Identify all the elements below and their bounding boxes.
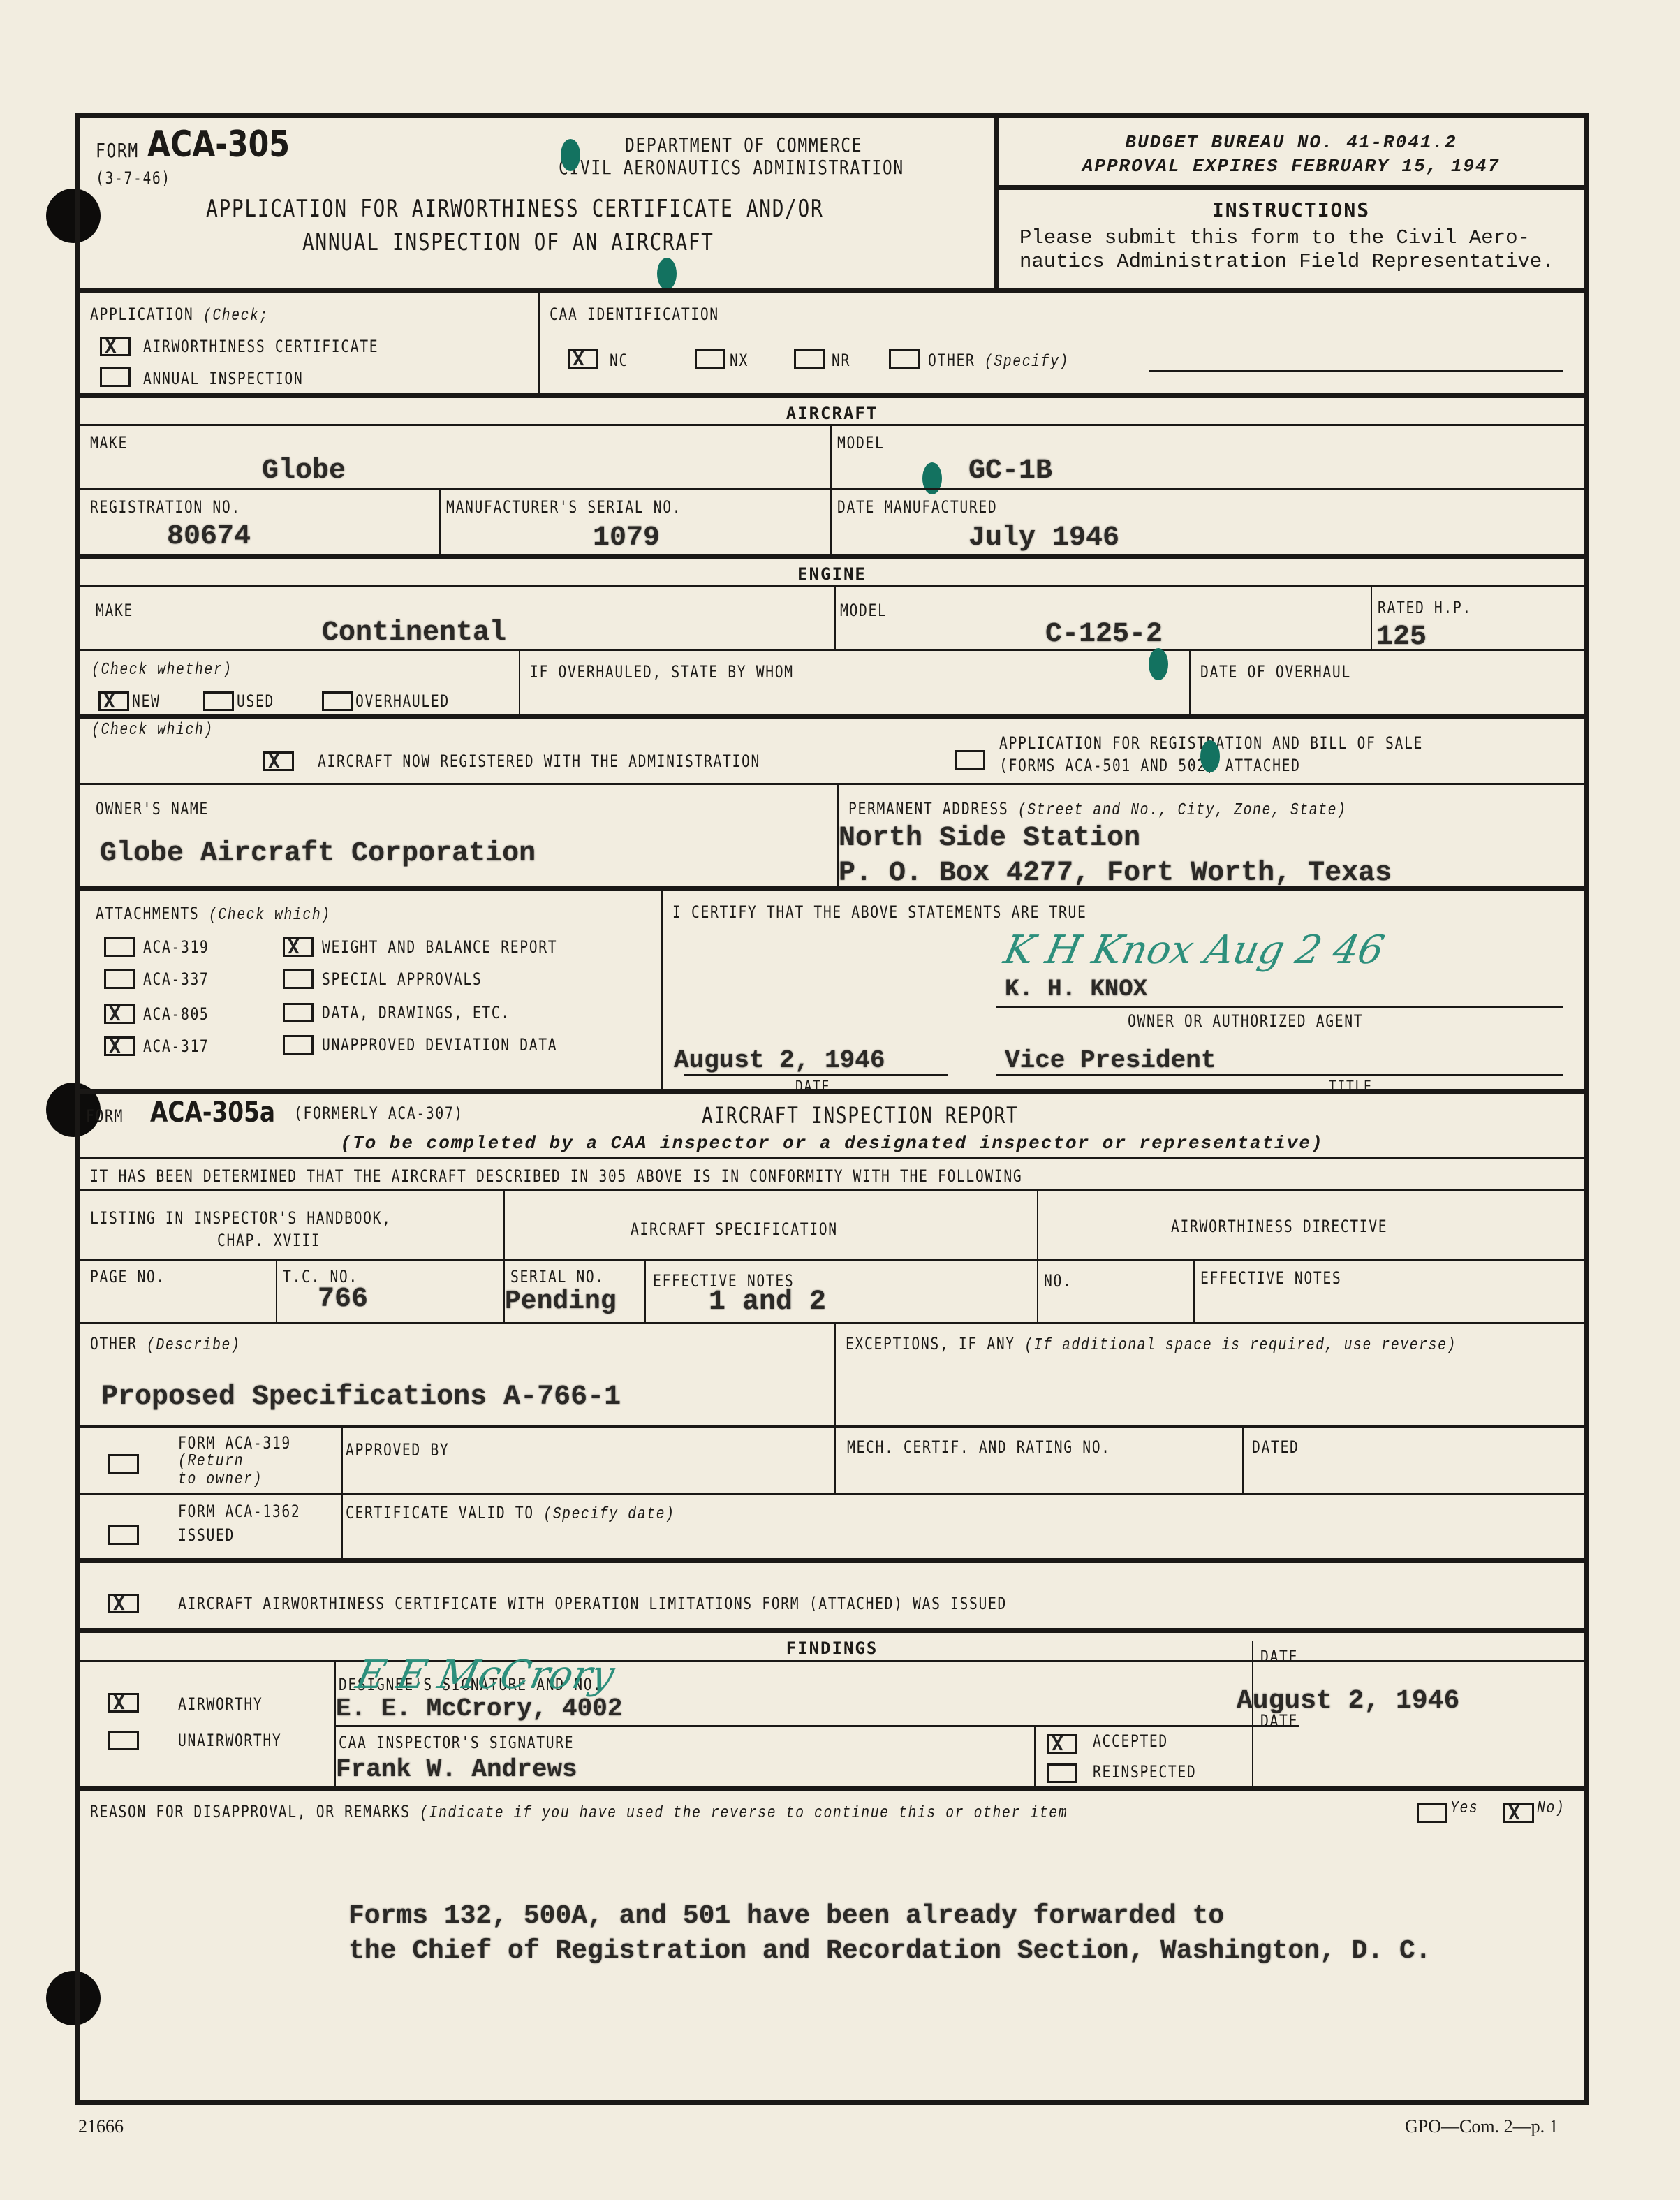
certify-statement: I CERTIFY THAT THE ABOVE STATEMENTS ARE …: [672, 902, 1086, 922]
form-1362-label: FORM ACA-1362: [178, 1502, 300, 1521]
form-prefix: FORM: [96, 139, 139, 162]
engine-make-cell: MAKE Continental: [80, 587, 834, 649]
conformity-statement: IT HAS BEEN DETERMINED THAT THE AIRCRAFT…: [90, 1166, 1022, 1186]
inspector-label: CAA INSPECTOR'S SIGNATURE: [339, 1733, 574, 1752]
inspection-formerly: (FORMERLY ACA-307): [294, 1103, 464, 1123]
agent-signature-line: [996, 1006, 1563, 1008]
owner-name-label: OWNER'S NAME: [96, 799, 209, 819]
registration-cell: REGISTRATION NO. 80674: [80, 490, 439, 554]
aca-319-label: ACA-319: [143, 937, 209, 957]
form-title-line-2: ANNUAL INSPECTION OF AN AIRCRAFT: [302, 228, 714, 256]
aca-319-checkbox[interactable]: [104, 937, 135, 957]
aca-337-checkbox[interactable]: [104, 969, 135, 989]
ink-dot: [1200, 740, 1220, 772]
dated-label: DATED: [1252, 1437, 1299, 1457]
data-drawings-checkbox[interactable]: [283, 1003, 314, 1022]
application-label: APPLICATION (Check;: [90, 305, 269, 325]
agent-name: K. H. KNOX: [1005, 976, 1147, 1003]
engine-used-label: USED: [237, 691, 274, 711]
remarks-label: REASON FOR DISAPPROVAL, OR REMARKS (Indi…: [90, 1802, 1068, 1823]
tc-no-value: 766: [318, 1284, 368, 1315]
form-number: ACA-305: [147, 124, 290, 166]
form-319-hint: (Return to owner): [178, 1453, 264, 1489]
engine-condition-cell: (Check whether) NEW USED OVERHAULED: [80, 651, 519, 714]
spec-serial-cell: SERIAL NO. Pending: [503, 1261, 644, 1322]
remarks-line-2: the Chief of Registration and Recordatio…: [348, 1936, 1431, 1966]
engine-overhauled-checkbox[interactable]: [322, 691, 353, 711]
overhauled-by-label: IF OVERHAULED, STATE BY WHOM: [530, 662, 794, 682]
form-1362-issued-label: ISSUED: [178, 1525, 235, 1545]
designee-signature: E E McCrory: [352, 1652, 619, 1698]
serial-cell: MANUFACTURER'S SERIAL NO. 1079: [439, 490, 830, 554]
certification-title: Vice President: [1005, 1046, 1216, 1075]
spec-label: AIRCRAFT SPECIFICATION: [631, 1219, 838, 1239]
other-label: OTHER (Describe): [90, 1334, 240, 1355]
special-approvals-label: SPECIAL APPROVALS: [322, 969, 482, 989]
aca-317-checkbox[interactable]: [104, 1036, 135, 1056]
engine-condition-hint: (Check whether): [91, 661, 233, 680]
reinspected-checkbox[interactable]: [1047, 1763, 1077, 1783]
engine-model-label: MODEL: [840, 601, 887, 620]
engine-hp-cell: RATED H.P. 125: [1371, 587, 1584, 649]
remarks-no-label: No): [1537, 1799, 1565, 1818]
accepted-label: ACCEPTED: [1093, 1731, 1168, 1751]
aircraft-registration-row: REGISTRATION NO. 80674 MANUFACTURER'S SE…: [80, 488, 1584, 554]
unapproved-deviation-label: UNAPPROVED DEVIATION DATA: [322, 1035, 557, 1055]
page-no-label: PAGE NO.: [90, 1267, 165, 1286]
aircraft-title-row: AIRCRAFT: [80, 393, 1584, 424]
spec-notes-cell: EFFECTIVE NOTES 1 and 2: [644, 1261, 1037, 1322]
approval-expires-line: APPROVAL EXPIRES FEBRUARY 15, 1947: [999, 156, 1584, 177]
overhauled-by-cell[interactable]: IF OVERHAULED, STATE BY WHOM: [519, 651, 1189, 714]
aca-805-label: ACA-805: [143, 1004, 209, 1024]
inspection-title: AIRCRAFT INSPECTION REPORT: [702, 1102, 1018, 1129]
aircraft-make-row: MAKE Globe MODEL GC-1B: [80, 424, 1584, 488]
spec-values-row: PAGE NO. T.C. NO. 766 SERIAL NO. Pending…: [80, 1259, 1584, 1322]
operation-limits-row: AIRCRAFT AIRWORTHINESS CERTIFICATE WITH …: [80, 1558, 1584, 1628]
unairworthy-label: UNAIRWORTHY: [178, 1731, 281, 1750]
acceptance-cell: ACCEPTED REINSPECTED: [1034, 1727, 1366, 1786]
registration-application-checkbox[interactable]: [955, 750, 985, 770]
date-manufactured-label: DATE MANUFACTURED: [837, 497, 997, 517]
form-1362-checkbox[interactable]: [108, 1525, 139, 1545]
findings-signatures-cell: DESIGNEE'S SIGNATURE AND NO. E E McCrory…: [334, 1662, 1584, 1786]
inspection-subtitle: (To be completed by a CAA inspector or a…: [80, 1133, 1584, 1154]
owner-address-cell: PERMANENT ADDRESS (Street and No., City,…: [837, 785, 1584, 886]
ad-no-cell[interactable]: NO.: [1037, 1261, 1193, 1322]
owner-signature: K H Knox Aug 2 46: [1000, 927, 1388, 973]
accepted-checkbox[interactable]: [1047, 1734, 1077, 1754]
aircraft-make-value: Globe: [262, 455, 346, 487]
registration-label: REGISTRATION NO.: [90, 497, 241, 517]
approved-row: FORM ACA-319 (Return to owner) APPROVED …: [80, 1425, 1584, 1493]
data-drawings-label: DATA, DRAWINGS, ETC.: [322, 1003, 510, 1022]
nc-label: NC: [610, 351, 628, 370]
airworthy-label: AIRWORTHY: [178, 1694, 263, 1714]
ad-notes-cell[interactable]: EFFECTIVE NOTES: [1193, 1261, 1584, 1322]
owner-address-label: PERMANENT ADDRESS (Street and No., City,…: [848, 799, 1347, 820]
registration-status-hint: (Check which): [91, 721, 214, 740]
nr-label: NR: [832, 351, 850, 370]
form-aca-305: FORM ACA-305 (3-7-46) DEPARTMENT OF COMM…: [75, 113, 1589, 2105]
application-row: APPLICATION (Check; AIRWORTHINESS CERTIF…: [80, 288, 1584, 393]
engine-condition-row: (Check whether) NEW USED OVERHAULED IF O…: [80, 649, 1584, 714]
serial-value: 1079: [593, 522, 660, 554]
airworthiness-certificate-label: AIRWORTHINESS CERTIFICATE: [143, 337, 378, 356]
attachments-label: ATTACHMENTS (Check which): [96, 904, 331, 925]
aircraft-make-cell: MAKE Globe: [80, 426, 830, 488]
agency: CIVIL AERONAUTICS ADMINISTRATION: [559, 156, 904, 179]
engine-hp-label: RATED H.P.: [1378, 598, 1472, 617]
instructions-line-1: Please submit this form to the Civil Aer…: [1019, 226, 1530, 249]
unairworthy-checkbox[interactable]: [108, 1731, 139, 1750]
listing-label-1: LISTING IN INSPECTOR'S HANDBOOK,: [90, 1208, 392, 1228]
inspection-form-prefix: FORM: [86, 1106, 124, 1126]
registration-application-label-2: (FORMS ACA-501 AND 502) ATTACHED: [999, 756, 1301, 775]
engine-used-checkbox[interactable]: [203, 691, 234, 711]
agent-label: OWNER OR AUTHORIZED AGENT: [1128, 1011, 1363, 1031]
nc-checkbox[interactable]: [568, 349, 598, 369]
caa-identification-label: CAA IDENTIFICATION: [550, 305, 719, 324]
date-manufactured-value: July 1946: [968, 522, 1119, 554]
budget-box: BUDGET BUREAU NO. 41-R041.2 APPROVAL EXP…: [999, 118, 1584, 185]
special-approvals-checkbox[interactable]: [283, 969, 314, 989]
engine-new-checkbox[interactable]: [98, 691, 129, 711]
engine-overhauled-label: OVERHAULED: [355, 691, 450, 711]
aca-337-label: ACA-337: [143, 969, 209, 989]
owner-name-value: Globe Aircraft Corporation: [100, 838, 536, 870]
annual-inspection-checkbox[interactable]: [100, 367, 131, 387]
designee-value: E. E. McCrory, 4002: [336, 1694, 622, 1723]
form-title-line-1: APPLICATION FOR AIRWORTHINESS CERTIFICAT…: [206, 195, 823, 223]
form-revision: (3-7-46): [96, 168, 171, 188]
approved-by-label: APPROVED BY: [346, 1440, 449, 1460]
aircraft-model-value: GC-1B: [968, 455, 1052, 487]
certification-cell: I CERTIFY THAT THE ABOVE STATEMENTS ARE …: [661, 891, 1584, 1089]
engine-section-title: ENGINE: [80, 564, 1584, 584]
engine-make-row: MAKE Continental MODEL C-125-2 RATED H.P…: [80, 585, 1584, 649]
owner-address-line-1: North Side Station: [839, 823, 1140, 854]
tc-no-cell: T.C. NO. 766: [276, 1261, 503, 1322]
mech-certif-cell[interactable]: MECH. CERTIF. AND RATING NO.: [834, 1428, 1242, 1493]
ad-no-label: NO.: [1044, 1271, 1072, 1291]
aircraft-registered-checkbox[interactable]: [263, 751, 294, 771]
attachments-row: ATTACHMENTS (Check which) ACA-319 ACA-33…: [80, 886, 1584, 1089]
spec-serial-value: Pending: [505, 1286, 617, 1317]
exceptions-label: EXCEPTIONS, IF ANY (If additional space …: [846, 1334, 1504, 1355]
unapproved-deviation-checkbox[interactable]: [283, 1035, 314, 1055]
inspection-header-row: FORM ACA-305a (FORMERLY ACA-307) AIRCRAF…: [80, 1089, 1584, 1157]
airworthy-checkbox[interactable]: [108, 1693, 139, 1713]
other-row: OTHER (Describe) Proposed Specifications…: [80, 1322, 1584, 1425]
findings-status-cell: AIRWORTHY UNAIRWORTHY: [80, 1662, 334, 1786]
nr-checkbox[interactable]: [794, 349, 825, 369]
ink-dot: [1149, 648, 1168, 680]
engine-model-value: C-125-2: [1045, 619, 1163, 650]
form-319-cell: FORM ACA-319 (Return to owner): [80, 1428, 341, 1493]
spec-header-row: LISTING IN INSPECTOR'S HANDBOOK, CHAP. X…: [80, 1189, 1584, 1259]
operation-limits-label: AIRCRAFT AIRWORTHINESS CERTIFICATE WITH …: [178, 1594, 1007, 1613]
overhaul-date-cell[interactable]: DATE OF OVERHAUL: [1189, 651, 1584, 714]
attachments-cell: ATTACHMENTS (Check which) ACA-319 ACA-33…: [80, 891, 661, 1089]
airworthiness-certificate-checkbox[interactable]: [100, 337, 131, 356]
engine-model-cell: MODEL C-125-2: [834, 587, 1371, 649]
certificate-valid-cell[interactable]: CERTIFICATE VALID TO (Specify date): [341, 1495, 1584, 1558]
conformity-row: IT HAS BEEN DETERMINED THAT THE AIRCRAFT…: [80, 1157, 1584, 1189]
ad-notes-label: EFFECTIVE NOTES: [1200, 1268, 1341, 1288]
header-title-block: FORM ACA-305 (3-7-46) DEPARTMENT OF COMM…: [80, 118, 994, 288]
remarks-no-checkbox[interactable]: [1503, 1803, 1534, 1823]
weight-balance-checkbox[interactable]: [283, 937, 314, 957]
registration-status-row: (Check which) AIRCRAFT NOW REGISTERED WI…: [80, 714, 1584, 783]
engine-new-label: NEW: [132, 691, 160, 711]
other-specify-field[interactable]: [1149, 370, 1563, 372]
certificate-valid-label: CERTIFICATE VALID TO (Specify date): [346, 1503, 675, 1524]
inspector-value: Frank W. Andrews: [336, 1755, 577, 1784]
engine-make-value: Continental: [322, 617, 506, 649]
aircraft-registered-label: AIRCRAFT NOW REGISTERED WITH THE ADMINIS…: [318, 751, 760, 771]
listing-label-2: CHAP. XVIII: [217, 1231, 320, 1250]
other-cell: OTHER (Describe) Proposed Specifications…: [80, 1324, 834, 1425]
inspection-form-number: ACA-305a: [150, 1097, 275, 1129]
caa-identification-cell: CAA IDENTIFICATION NC NX NR OTHER (Speci…: [538, 293, 1584, 393]
engine-title-row: ENGINE: [80, 554, 1584, 585]
aircraft-model-label: MODEL: [837, 433, 884, 453]
directive-label: AIRWORTHINESS DIRECTIVE: [1171, 1217, 1387, 1236]
findings-date-label: DATE: [1260, 1647, 1298, 1666]
remarks-row: REASON FOR DISAPPROVAL, OR REMARKS (Indi…: [80, 1786, 1584, 2100]
inspector-row: CAA INSPECTOR'S SIGNATURE Frank W. Andre…: [336, 1725, 1299, 1786]
remarks-line-1: Forms 132, 500A, and 501 have been alrea…: [348, 1901, 1224, 1931]
designee-row: DESIGNEE'S SIGNATURE AND NO. E E McCrory…: [336, 1662, 1584, 1725]
footer-form-code: 21666: [78, 2116, 124, 2137]
spec-notes-value: 1 and 2: [709, 1286, 826, 1318]
other-label: OTHER (Specify): [928, 351, 1069, 372]
dated-cell[interactable]: DATED: [1242, 1428, 1584, 1493]
ink-dot: [657, 258, 677, 290]
department: DEPARTMENT OF COMMERCE: [625, 133, 862, 156]
nx-checkbox[interactable]: [695, 349, 725, 369]
remarks-yes-checkbox[interactable]: [1417, 1803, 1447, 1823]
findings-row: AIRWORTHY UNAIRWORTHY DESIGNEE'S SIGNATU…: [80, 1660, 1584, 1786]
aircraft-make-label: MAKE: [90, 433, 128, 453]
date-manufactured-cell: DATE MANUFACTURED July 1946: [830, 490, 1584, 554]
instructions-box: INSTRUCTIONS Please submit this form to …: [999, 185, 1584, 288]
remarks-yes-label: Yes: [1450, 1799, 1478, 1818]
weight-balance-label: WEIGHT AND BALANCE REPORT: [322, 937, 557, 957]
approved-by-cell[interactable]: APPROVED BY: [341, 1428, 834, 1493]
header-right-block: BUDGET BUREAU NO. 41-R041.2 APPROVAL EXP…: [994, 118, 1584, 288]
form-319-checkbox[interactable]: [108, 1454, 139, 1474]
registration-value: 80674: [167, 521, 251, 552]
other-checkbox[interactable]: [889, 349, 920, 369]
serial-label: MANUFACTURER'S SERIAL NO.: [446, 497, 681, 517]
aircraft-section-title: AIRCRAFT: [80, 404, 1584, 423]
directive-header-cell: AIRWORTHINESS DIRECTIVE: [1037, 1191, 1584, 1259]
engine-make-label: MAKE: [96, 601, 133, 620]
aca-805-checkbox[interactable]: [104, 1004, 135, 1024]
mech-certif-label: MECH. CERTIF. AND RATING NO.: [847, 1437, 1111, 1457]
header-row: FORM ACA-305 (3-7-46) DEPARTMENT OF COMM…: [80, 118, 1584, 288]
aca-317-label: ACA-317: [143, 1036, 209, 1056]
page-no-cell[interactable]: PAGE NO.: [80, 1261, 276, 1322]
certification-date-line: [684, 1074, 948, 1076]
spec-header-cell: AIRCRAFT SPECIFICATION: [503, 1191, 1037, 1259]
instructions-title: INSTRUCTIONS: [999, 198, 1584, 221]
budget-bureau-line: BUDGET BUREAU NO. 41-R041.2: [999, 132, 1584, 153]
application-cell: APPLICATION (Check; AIRWORTHINESS CERTIF…: [80, 293, 538, 393]
reinspected-label: REINSPECTED: [1093, 1762, 1196, 1782]
form-1362-cell: FORM ACA-1362 ISSUED: [80, 1495, 341, 1558]
owner-address-line-2: P. O. Box 4277, Fort Worth, Texas: [839, 858, 1392, 889]
valid-row: FORM ACA-1362 ISSUED CERTIFICATE VALID T…: [80, 1493, 1584, 1558]
annual-inspection-label: ANNUAL INSPECTION: [143, 369, 303, 388]
owner-row: OWNER'S NAME Globe Aircraft Corporation …: [80, 783, 1584, 886]
aircraft-model-cell: MODEL GC-1B: [830, 426, 1584, 488]
spec-serial-label: SERIAL NO.: [510, 1267, 605, 1286]
nx-label: NX: [730, 351, 749, 370]
footer-gpo: GPO—Com. 2—p. 1: [1405, 2116, 1559, 2137]
overhaul-date-label: DATE OF OVERHAUL: [1200, 662, 1351, 682]
operation-limits-checkbox[interactable]: [108, 1594, 139, 1613]
certification-title-line: [996, 1074, 1563, 1076]
listing-header-cell: LISTING IN INSPECTOR'S HANDBOOK, CHAP. X…: [80, 1191, 503, 1259]
ink-dot: [561, 139, 580, 171]
other-value: Proposed Specifications A-766-1: [101, 1381, 621, 1413]
certification-date: August 2, 1946: [674, 1046, 885, 1075]
form-319-label: FORM ACA-319: [178, 1433, 291, 1453]
owner-name-cell: OWNER'S NAME Globe Aircraft Corporation: [80, 785, 837, 886]
exceptions-cell[interactable]: EXCEPTIONS, IF ANY (If additional space …: [834, 1324, 1584, 1425]
instructions-line-2: nautics Administration Field Representat…: [1019, 250, 1554, 273]
